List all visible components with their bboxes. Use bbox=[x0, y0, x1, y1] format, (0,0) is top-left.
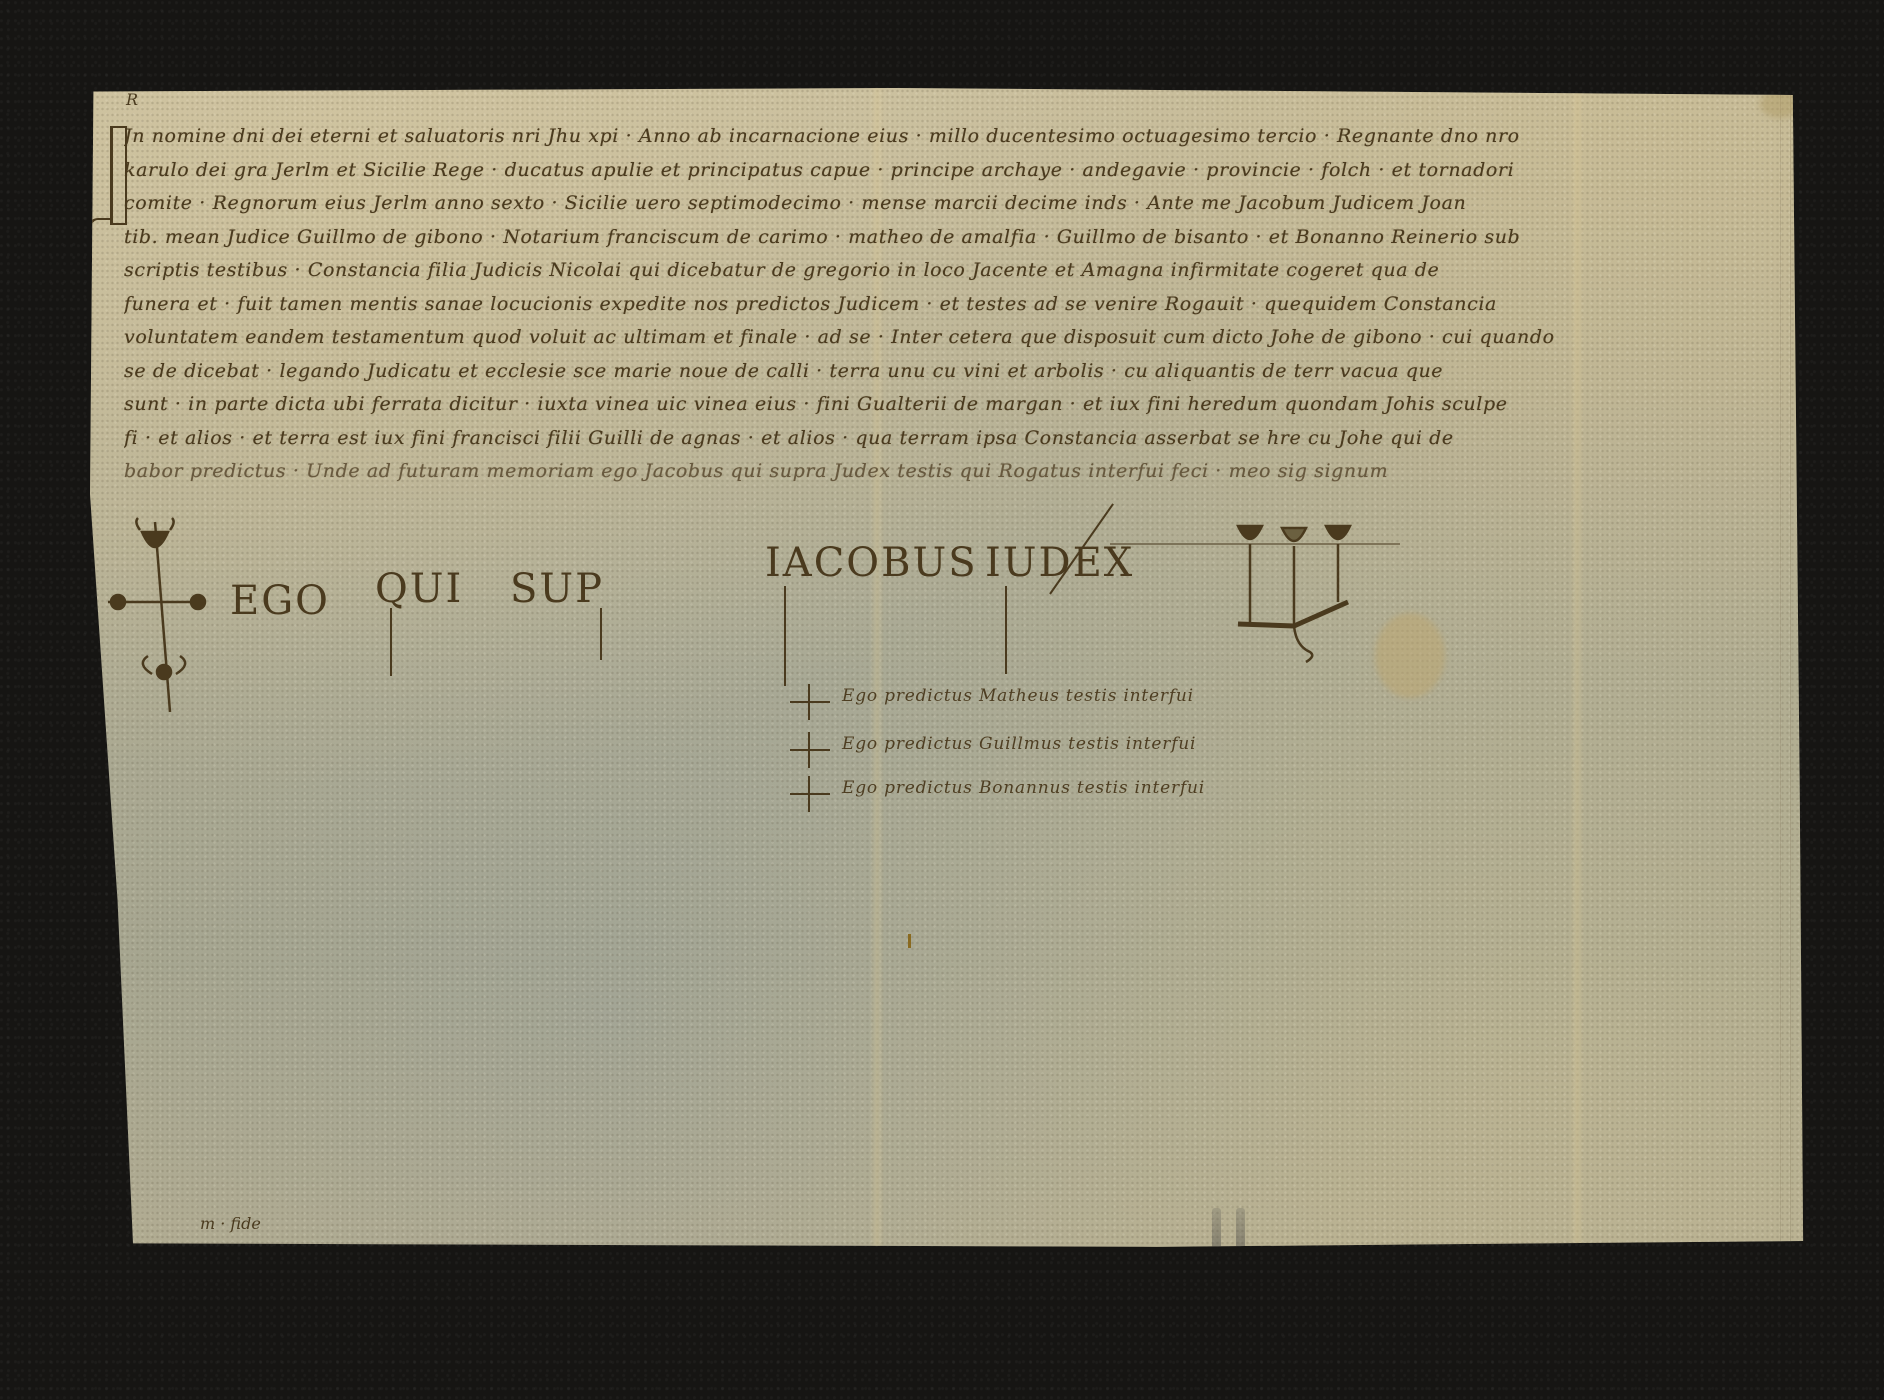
ruling-line bbox=[1790, 88, 1791, 1248]
iacobus-descender bbox=[784, 586, 786, 686]
text-line-9: sunt · in parte dicta ubi ferrata dicitu… bbox=[124, 388, 1764, 422]
cross-icon bbox=[790, 684, 830, 720]
ink-speck bbox=[908, 934, 911, 948]
initial-letter-flourish bbox=[88, 218, 113, 300]
text-line-11: babor predictus · Unde ad futuram memori… bbox=[124, 455, 1764, 489]
cross-icon bbox=[790, 732, 830, 768]
ornamental-cross-icon bbox=[100, 512, 220, 712]
pencil-mark-ii bbox=[1212, 1208, 1252, 1290]
text-line-8: se de dicebat · legando Judicatu et eccl… bbox=[124, 355, 1764, 389]
iudex-descender bbox=[1005, 586, 1007, 674]
qui-descender bbox=[390, 608, 392, 676]
corner-stain bbox=[1760, 90, 1800, 118]
subscription-sup: SUP bbox=[510, 566, 604, 612]
top-mark: R bbox=[126, 90, 138, 109]
sup-descender bbox=[600, 608, 602, 660]
text-line-4: tib. mean Judice Guillmo de gibono · Not… bbox=[124, 221, 1764, 255]
ruling-line bbox=[1780, 88, 1781, 1248]
bottom-left-annotation: m · fide bbox=[200, 1214, 261, 1233]
charter-body-text: Jn nomine dni dei eterni et saluatoris n… bbox=[124, 120, 1764, 489]
text-line-6: funera et · fuit tamen mentis sanae locu… bbox=[124, 288, 1764, 322]
parchment-charter: R Jn nomine dni dei eterni et saluatoris… bbox=[90, 88, 1810, 1248]
subscription-ego: EGO bbox=[230, 578, 330, 624]
text-line-10: fi · et alios · et terra est iux fini fr… bbox=[124, 422, 1764, 456]
red-margin-mark: § bbox=[1795, 244, 1804, 265]
notarial-signum-icon bbox=[1230, 514, 1370, 664]
cross-icon bbox=[790, 776, 830, 812]
text-line-7: voluntatem eandem testamentum quod volui… bbox=[124, 321, 1764, 355]
text-line-1: Jn nomine dni dei eterni et saluatoris n… bbox=[124, 120, 1764, 154]
text-line-2: karulo dei gra Jerlm et Sicilie Rege · d… bbox=[124, 154, 1764, 188]
text-line-5: scriptis testibus · Constancia filia Jud… bbox=[124, 254, 1764, 288]
subscription-qui: QUI bbox=[375, 566, 463, 612]
water-stain bbox=[1375, 613, 1445, 698]
text-line-3: comite · Regnorum eius Jerlm anno sexto … bbox=[124, 187, 1764, 221]
subscription-iacobus: IACOBUS bbox=[765, 540, 978, 586]
